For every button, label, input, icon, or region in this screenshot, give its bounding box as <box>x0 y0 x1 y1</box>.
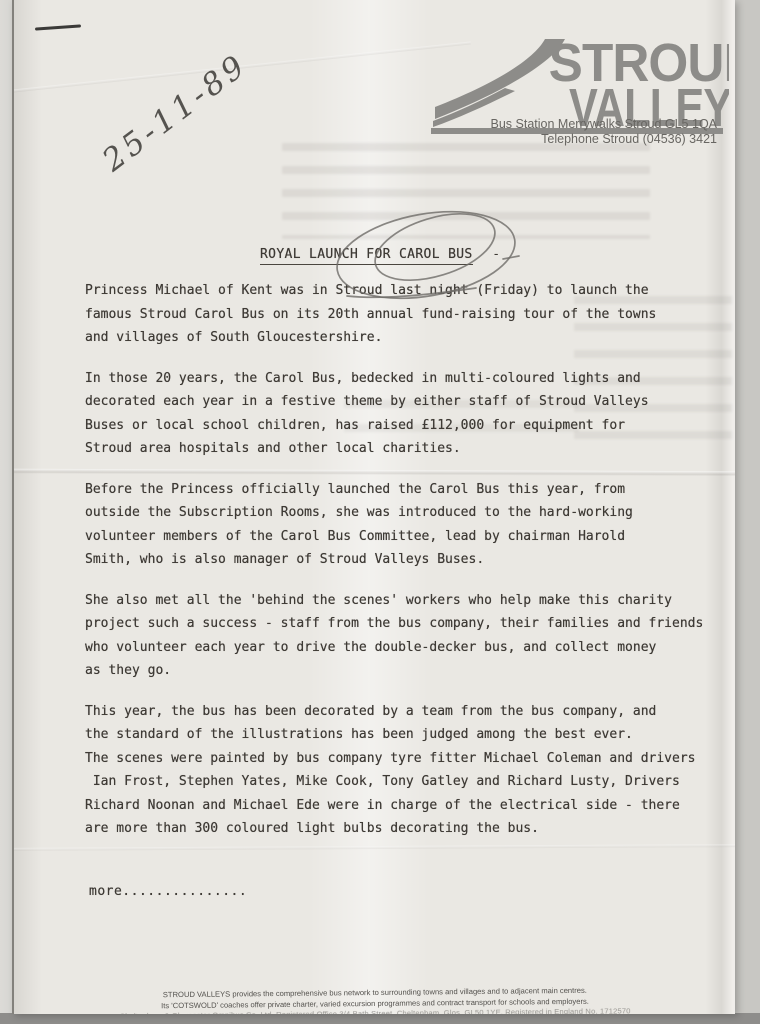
paragraph: Before the Princess officially launched … <box>85 478 725 572</box>
text-line: and villages of South Gloucestershire. <box>85 326 725 350</box>
title-row: ROYAL LAUNCH FOR CAROL BUS - <box>260 243 500 262</box>
text-line: This year, the bus has been decorated by… <box>85 700 725 724</box>
letterhead-address: Bus Station Merrywalks Stroud GL5 1QA Te… <box>491 117 717 147</box>
text-line: who volunteer each year to drive the dou… <box>85 636 725 660</box>
text-line: The scenes were painted by bus company t… <box>85 747 725 771</box>
road-swoosh-main <box>435 39 565 119</box>
more-indicator: more............... <box>89 884 247 899</box>
footer: STROUD VALLEYS provides the comprehensiv… <box>34 985 714 1014</box>
text-line: the standard of the illustrations has be… <box>85 723 725 747</box>
paper-shading-left <box>14 0 42 1014</box>
paragraph: In those 20 years, the Carol Bus, bedeck… <box>85 367 725 461</box>
text-line: are more than 300 coloured light bulbs d… <box>85 817 725 841</box>
text-line: volunteer members of the Carol Bus Commi… <box>85 525 725 549</box>
text-line: Smith, who is also manager of Stroud Val… <box>85 548 725 572</box>
paragraph: She also met all the 'behind the scenes'… <box>85 589 725 683</box>
address-line: Bus Station Merrywalks Stroud GL5 1QA <box>491 117 717 132</box>
scanned-letter-page: STROUD VALLEYS Bus Station Merrywalks St… <box>12 0 735 1014</box>
text-line: Stroud area hospitals and other local ch… <box>85 437 725 461</box>
text-line: She also met all the 'behind the scenes'… <box>85 589 725 613</box>
text-line: Before the Princess officially launched … <box>85 478 725 502</box>
text-line: Ian Frost, Stephen Yates, Mike Cook, Ton… <box>85 770 725 794</box>
text-line: Buses or local school children, has rais… <box>85 414 725 438</box>
paragraph: This year, the bus has been decorated by… <box>85 700 725 841</box>
text-line: Richard Noonan and Michael Ede were in c… <box>85 794 725 818</box>
text-line: In those 20 years, the Carol Bus, bedeck… <box>85 367 725 391</box>
text-line: Princess Michael of Kent was in Stroud l… <box>85 279 725 303</box>
text-line: outside the Subscription Rooms, she was … <box>85 501 725 525</box>
handwritten-date: 25-11-89 <box>96 47 254 179</box>
address-line: Telephone Stroud (04536) 3421 <box>491 132 717 147</box>
scanner-background <box>0 1013 760 1024</box>
show-through-text <box>282 143 650 239</box>
title-dash: - <box>492 247 500 262</box>
pen-dash <box>503 256 519 259</box>
document-title: ROYAL LAUNCH FOR CAROL BUS <box>260 247 473 265</box>
text-line: famous Stroud Carol Bus on its 20th annu… <box>85 303 725 327</box>
text-line: decorated each year in a festive theme b… <box>85 390 725 414</box>
text-line: project such a success - staff from the … <box>85 612 725 636</box>
body-paragraphs: Princess Michael of Kent was in Stroud l… <box>85 279 725 858</box>
paragraph: Princess Michael of Kent was in Stroud l… <box>85 279 725 350</box>
text-line: as they go. <box>85 659 725 683</box>
